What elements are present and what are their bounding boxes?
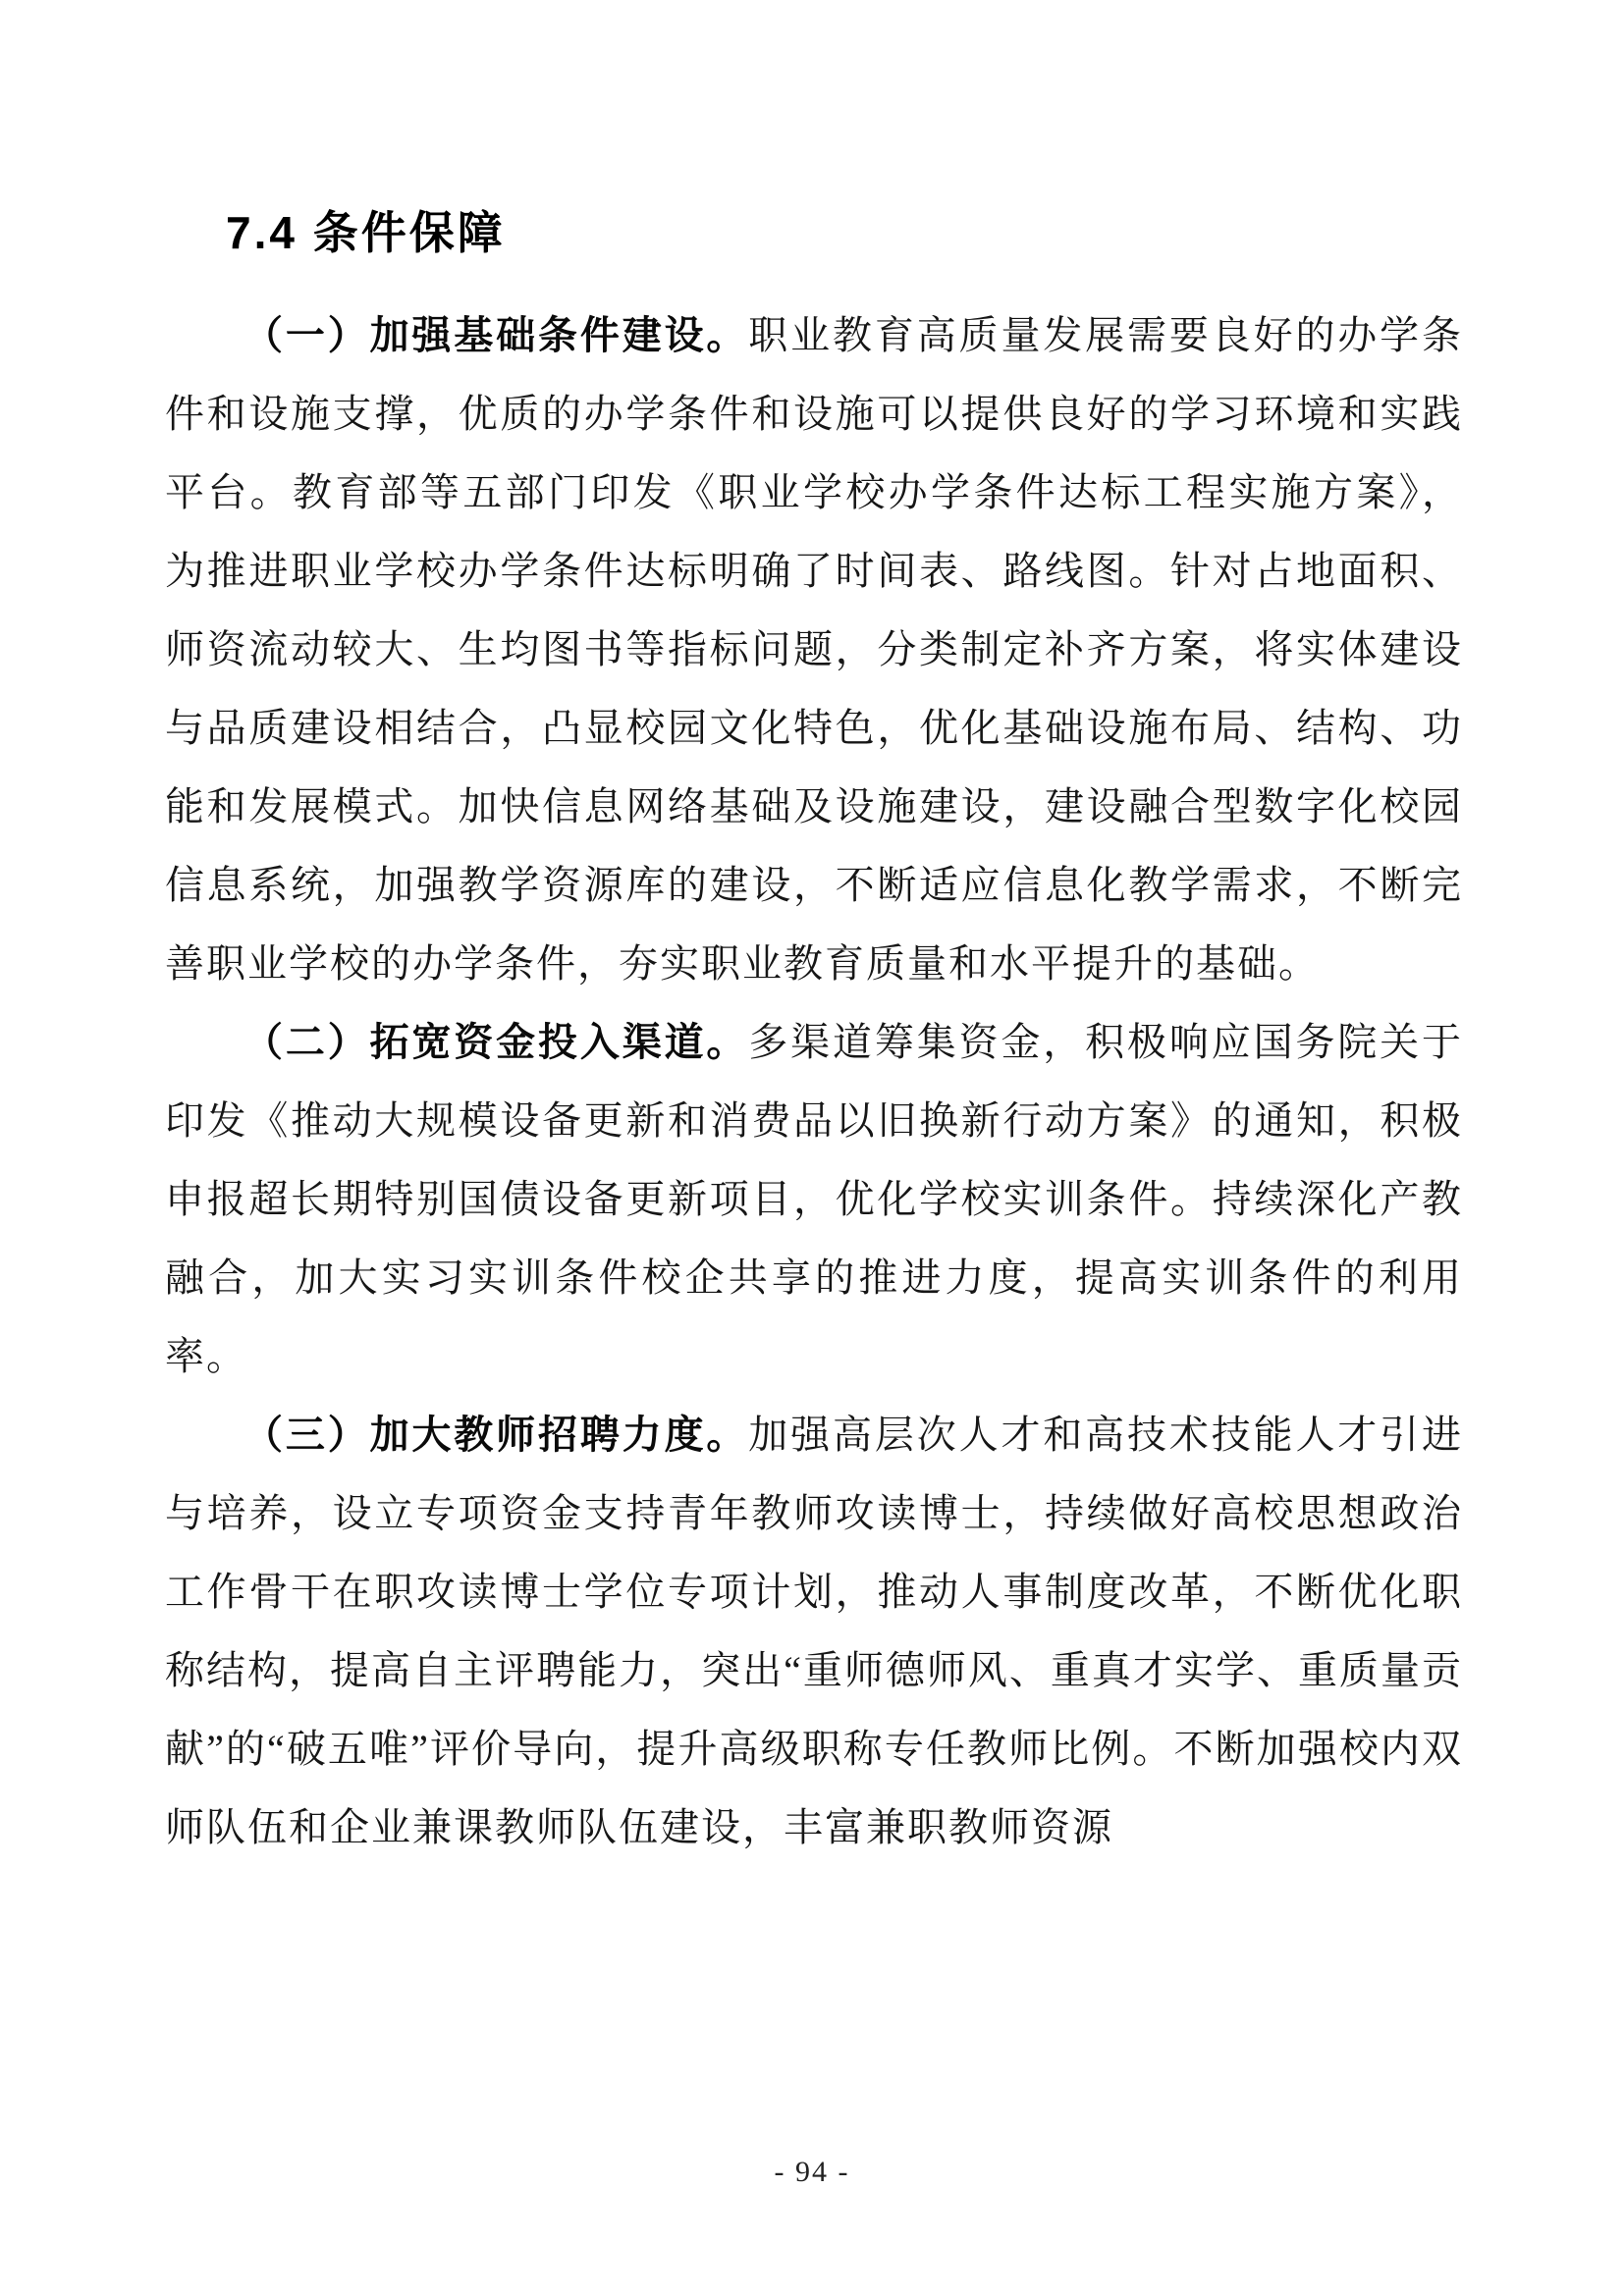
paragraph-2: （二）拓宽资金投入渠道。多渠道筹集资金，积极响应国务院关于印发《推动大规模设备更… xyxy=(165,1003,1463,1396)
section-heading: 7.4 条件保障 xyxy=(226,204,1463,261)
paragraph-2-lead: （二）拓宽资金投入渠道。 xyxy=(244,1020,748,1064)
paragraph-3-lead: （三）加大教师招聘力度。 xyxy=(244,1413,748,1457)
paragraph-3: （三）加大教师招聘力度。加强高层次人才和高技术技能人才引进与培养，设立专项资金支… xyxy=(165,1396,1463,1867)
paragraph-3-body: 加强高层次人才和高技术技能人才引进与培养，设立专项资金支持青年教师攻读博士，持续… xyxy=(165,1413,1463,1849)
page-number: - 94 - xyxy=(0,2156,1624,2189)
paragraph-2-body: 多渠道筹集资金，积极响应国务院关于印发《推动大规模设备更新和消费品以旧换新行动方… xyxy=(165,1020,1463,1378)
page-content: 7.4 条件保障 （一）加强基础条件建设。职业教育高质量发展需要良好的办学条件和… xyxy=(165,204,1463,1867)
paragraph-1-body: 职业教育高质量发展需要良好的办学条件和设施支撑，优质的办学条件和设施可以提供良好… xyxy=(165,313,1463,986)
document-page: 7.4 条件保障 （一）加强基础条件建设。职业教育高质量发展需要良好的办学条件和… xyxy=(0,0,1624,2296)
paragraph-1: （一）加强基础条件建设。职业教育高质量发展需要良好的办学条件和设施支撑，优质的办… xyxy=(165,296,1463,1003)
paragraph-1-lead: （一）加强基础条件建设。 xyxy=(244,313,748,357)
